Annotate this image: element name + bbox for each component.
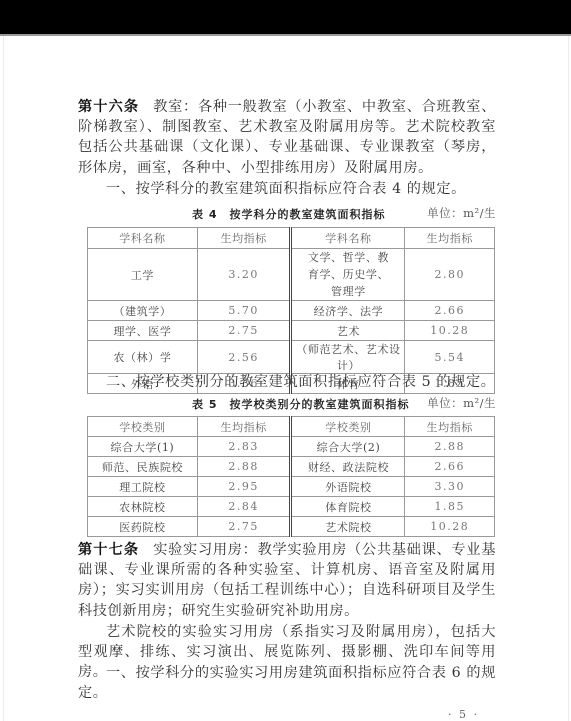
table-cell: 2.66: [405, 457, 495, 477]
table-cell: 体育院校: [291, 497, 405, 517]
table-4-title: 表 4 按学科分的教室建筑面积指标: [192, 206, 385, 222]
table-cell: 2.88: [197, 457, 291, 477]
table-5-caption: 表 5 按学校类别分的教室建筑面积指标 单位：m²/生: [84, 395, 496, 413]
table-cell: 医药院校: [88, 517, 198, 537]
article-16-clause-2: 二、按学校类别分的教室建筑面积指标应符合表 5 的规定。: [78, 372, 496, 392]
top-black-bar: [0, 0, 571, 36]
table-cell: 理工院校: [88, 477, 198, 497]
table-cell: 1.85: [405, 497, 495, 517]
table-cell: 文学、哲学、教育学、历史学、管理学: [291, 249, 405, 301]
table-cell: 综合大学(2): [291, 437, 405, 457]
table-4-header-row: 学科名称 生均指标 学科名称 生均指标: [88, 228, 495, 249]
table-cell: 2.75: [197, 517, 291, 537]
table-5-header-cell: 生均指标: [197, 417, 291, 437]
table-cell: 2.95: [197, 477, 291, 497]
table-cell: 2.80: [405, 249, 495, 301]
table-row: 工学 3.20 文学、哲学、教育学、历史学、管理学 2.80: [88, 249, 495, 301]
table-4-caption: 表 4 按学科分的教室建筑面积指标 单位：m²/生: [84, 205, 496, 223]
table-cell: （师范艺术、艺术设计）: [291, 341, 405, 374]
table-cell: 2.83: [197, 437, 291, 457]
table-row: 医药院校 2.75 艺术院校 10.28: [88, 517, 495, 537]
table-cell: 经济学、法学: [291, 301, 405, 321]
article-17-body: 实验实习用房：教学实验用房（公共基础课、专业基础课、专业课所需的各种实验室、计算…: [78, 542, 496, 619]
article-16-body: 教室：各种一般教室（小教室、中教室、合班教室、阶梯教室）、制图教室、艺术教室及附…: [78, 99, 496, 176]
table-cell: 外语院校: [291, 477, 405, 497]
table-row: 综合大学(1) 2.83 综合大学(2) 2.88: [88, 437, 495, 457]
table-row: 农（林）学 2.56 （师范艺术、艺术设计） 5.54: [88, 341, 495, 374]
table-5-header-cell: 学校类别: [291, 417, 405, 437]
table-cell: 5.70: [197, 301, 291, 321]
table-cell: 艺术: [291, 321, 405, 341]
table-cell: 财经、政法院校: [291, 457, 405, 477]
table-5-header-cell: 生均指标: [405, 417, 495, 437]
table-cell: 2.75: [197, 321, 291, 341]
table-4: 学科名称 生均指标 学科名称 生均指标 工学 3.20 文学、哲学、教育学、历史…: [87, 227, 495, 394]
table-row: 师范、民族院校 2.88 财经、政法院校 2.66: [88, 457, 495, 477]
table-cell: 2.84: [197, 497, 291, 517]
table-4-header-cell: 生均指标: [197, 228, 291, 249]
table-cell: 师范、民族院校: [88, 457, 198, 477]
table-cell: 3.30: [405, 477, 495, 497]
table-cell: 理学、医学: [88, 321, 198, 341]
table-cell: 10.28: [405, 517, 495, 537]
table-4-unit: 单位：m²/生: [427, 205, 496, 221]
table-5-header-cell: 学校类别: [88, 417, 198, 437]
table-4-header-cell: 学科名称: [88, 228, 198, 249]
article-16-heading: 第十六条: [78, 99, 139, 115]
table-row: 理工院校 2.95 外语院校 3.30: [88, 477, 495, 497]
table-cell: 艺术院校: [291, 517, 405, 537]
table-row: （建筑学） 5.70 经济学、法学 2.66: [88, 301, 495, 321]
table-cell: 2.88: [405, 437, 495, 457]
table-cell: 5.54: [405, 341, 495, 374]
table-cell: 工学: [88, 249, 198, 301]
article-17-clause-1: 一、按学科分的实验实习用房建筑面积指标应符合表 6 的规定。: [78, 663, 496, 703]
table-5-header-row: 学校类别 生均指标 学校类别 生均指标: [88, 417, 495, 437]
table-4-header-cell: 生均指标: [405, 228, 495, 249]
table-row: 农林院校 2.84 体育院校 1.85: [88, 497, 495, 517]
article-17-paragraph: 第十七条实验实习用房：教学实验用房（公共基础课、专业基础课、专业课所需的各种实验…: [78, 540, 496, 621]
article-16-paragraph: 第十六条教室：各种一般教室（小教室、中教室、合班教室、阶梯教室）、制图教室、艺术…: [78, 97, 496, 178]
table-4-header-cell: 学科名称: [291, 228, 405, 249]
table-row: 理学、医学 2.75 艺术 10.28: [88, 321, 495, 341]
table-5-unit: 单位：m²/生: [427, 395, 496, 411]
page-number: · 5 ·: [448, 708, 479, 721]
table-cell: 农（林）学: [88, 341, 198, 374]
article-17-heading: 第十七条: [78, 542, 139, 558]
table-cell: 2.56: [197, 341, 291, 374]
table-cell: 农林院校: [88, 497, 198, 517]
table-cell: 综合大学(1): [88, 437, 198, 457]
table-5-title: 表 5 按学校类别分的教室建筑面积指标: [192, 396, 409, 412]
table-cell: 2.66: [405, 301, 495, 321]
table-cell: （建筑学）: [88, 301, 198, 321]
table-cell: 3.20: [197, 249, 291, 301]
article-16-clause-1: 一、按学科分的教室建筑面积指标应符合表 4 的规定。: [78, 179, 496, 199]
table-5: 学校类别 生均指标 学校类别 生均指标 综合大学(1) 2.83 综合大学(2)…: [87, 416, 495, 537]
table-cell: 10.28: [405, 321, 495, 341]
